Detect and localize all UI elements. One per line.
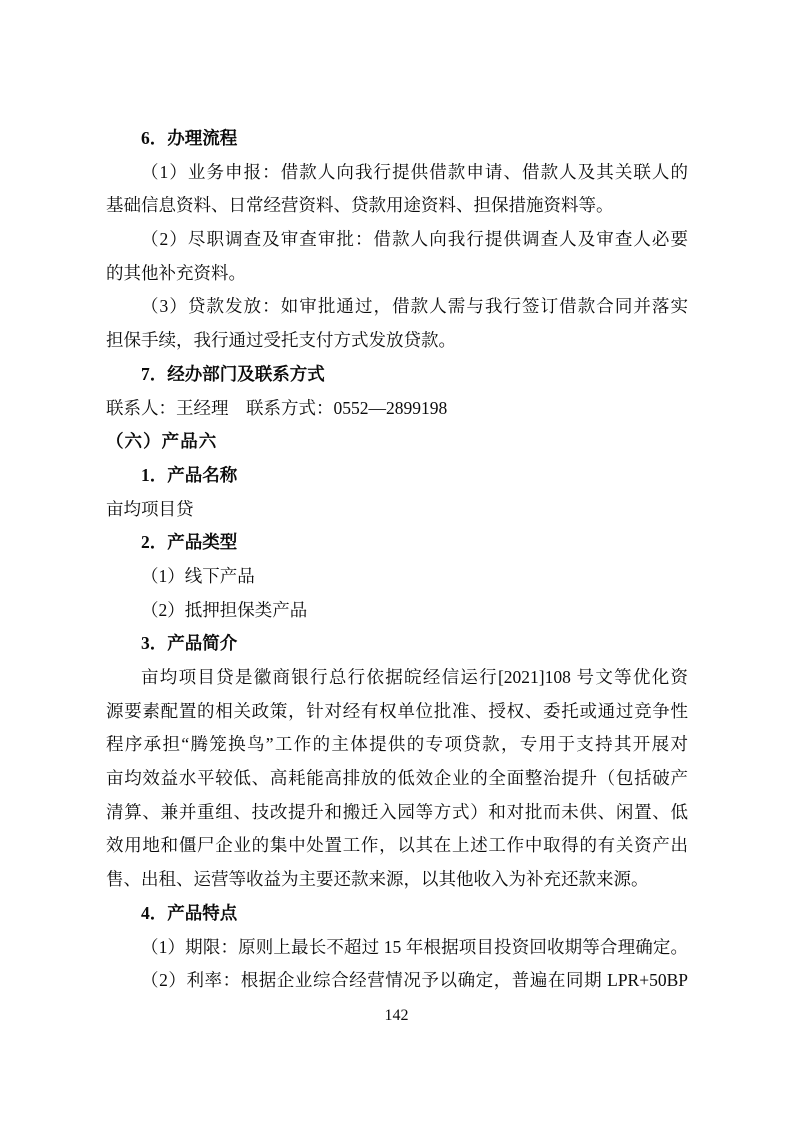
heading-product-type: 2．产品类型 (106, 526, 688, 560)
heading-contact-info: 7．经办部门及联系方式 (106, 358, 688, 392)
document-page: 6．办理流程 （1）业务申报：借款人向我行提供借款申请、借款人及其关联人的 基础… (0, 0, 793, 1122)
product-feature-line: （1）期限：原则上最长不超过 15 年根据项目投资回收期等合理确定。 (106, 931, 688, 965)
product-name-line: 亩均项目贷 (106, 493, 688, 527)
product-intro-line: 亩均项目贷是徽商银行总行依据皖经信运行[2021]108 号文等优化资 (106, 661, 688, 695)
paragraph-line: 基础信息资料、日常经营资料、贷款用途资料、担保措施资料等。 (106, 189, 688, 223)
product-intro-line: 清算、兼并重组、技改提升和搬迁入园等方式）和对批而未供、闲置、低 (106, 796, 688, 830)
product-intro-line: 源要素配置的相关政策，针对经有权单位批准、授权、委托或通过竞争性 (106, 695, 688, 729)
contact-info-line: 联系人：王经理 联系方式：0552—2899198 (106, 392, 688, 426)
paragraph-line: 的其他补充资料。 (106, 257, 688, 291)
heading-product-name: 1．产品名称 (106, 459, 688, 493)
heading-product-intro: 3．产品简介 (106, 627, 688, 661)
page-number: 142 (0, 1004, 793, 1028)
product-intro-line: 售、出租、运营等收益为主要还款来源，以其他收入为补充还款来源。 (106, 863, 688, 897)
product-type-line: （1）线下产品 (106, 560, 688, 594)
product-intro-line: 效用地和僵尸企业的集中处置工作，以其在上述工作中取得的有关资产出 (106, 829, 688, 863)
section-heading-product-six: （六）产品六 (106, 425, 688, 459)
paragraph-line: 担保手续，我行通过受托支付方式发放贷款。 (106, 324, 688, 358)
product-type-line: （2）抵押担保类产品 (106, 594, 688, 628)
page-content: 6．办理流程 （1）业务申报：借款人向我行提供借款申请、借款人及其关联人的 基础… (106, 122, 688, 998)
product-feature-line: （2）利率：根据企业综合经营情况予以确定，普遍在同期 LPR+50BP (106, 964, 688, 998)
heading-handling-process: 6．办理流程 (106, 122, 688, 156)
product-intro-line: 程序承担“腾笼换鸟”工作的主体提供的专项贷款，专用于支持其开展对 (106, 728, 688, 762)
paragraph-line: （1）业务申报：借款人向我行提供借款申请、借款人及其关联人的 (106, 156, 688, 190)
paragraph-line: （2）尽职调查及审查审批：借款人向我行提供调查人及审查人必要 (106, 223, 688, 257)
heading-product-features: 4．产品特点 (106, 897, 688, 931)
product-intro-line: 亩均效益水平较低、高耗能高排放的低效企业的全面整治提升（包括破产 (106, 762, 688, 796)
paragraph-line: （3）贷款发放：如审批通过，借款人需与我行签订借款合同并落实 (106, 290, 688, 324)
